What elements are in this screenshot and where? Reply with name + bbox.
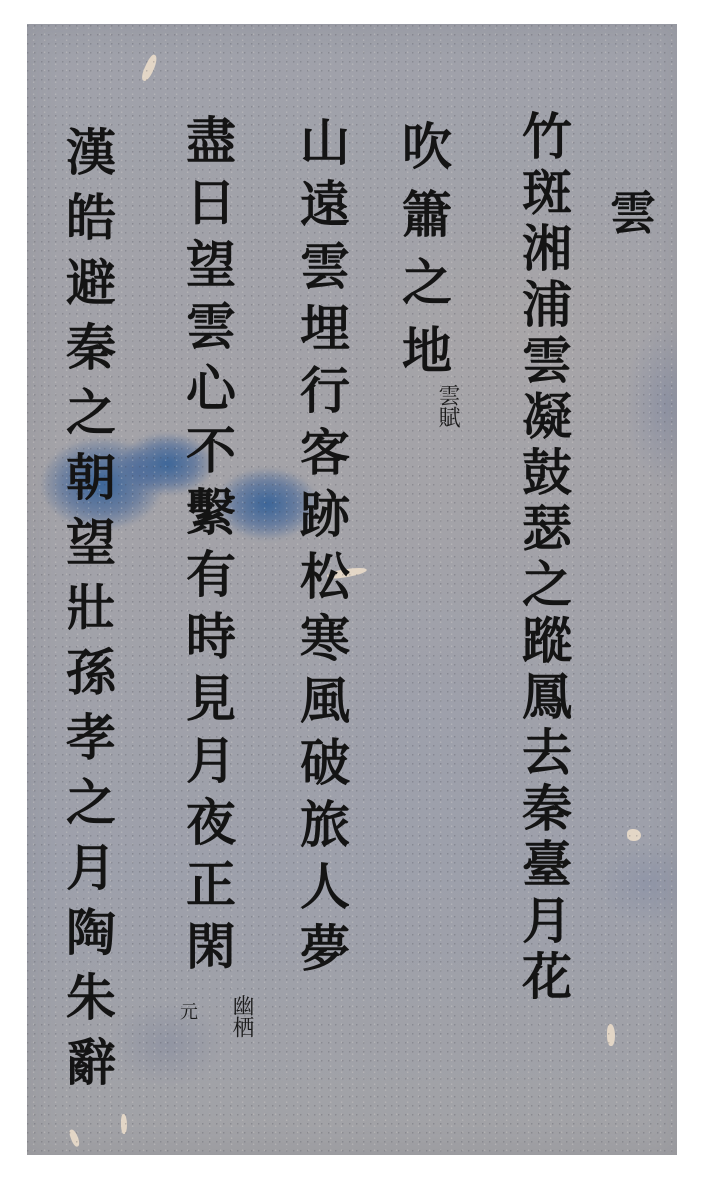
char: 之 bbox=[402, 258, 452, 326]
paper-flake bbox=[140, 53, 160, 82]
heading-text: 雲 bbox=[610, 190, 656, 236]
char: 雲 bbox=[186, 302, 236, 364]
char: 壯 bbox=[66, 583, 116, 648]
char: 有 bbox=[186, 550, 236, 612]
text-column-1: 竹 斑 湘 浦 雲 凝 鼓 瑟 之 蹤 鳳 去 秦 臺 月 花 bbox=[522, 112, 572, 1008]
char: 雲 bbox=[300, 242, 350, 304]
char: 望 bbox=[66, 518, 116, 583]
char: 破 bbox=[300, 738, 350, 800]
char: 花 bbox=[522, 952, 572, 1008]
char: 湘 bbox=[522, 224, 572, 280]
char: 朱 bbox=[66, 973, 116, 1038]
char: 日 bbox=[186, 178, 236, 240]
char: 盡 bbox=[186, 116, 236, 178]
char: 松 bbox=[300, 552, 350, 614]
char: 風 bbox=[300, 676, 350, 738]
char: 不 bbox=[186, 426, 236, 488]
annotation-note: 雲賦 bbox=[436, 384, 458, 428]
char: 凝 bbox=[522, 392, 572, 448]
char: 皓 bbox=[66, 193, 116, 258]
char: 之 bbox=[66, 778, 116, 843]
char: 正 bbox=[186, 860, 236, 922]
char: 行 bbox=[300, 366, 350, 428]
char: 跡 bbox=[300, 490, 350, 552]
char: 秦 bbox=[66, 323, 116, 388]
char: 時 bbox=[186, 612, 236, 674]
char: 夢 bbox=[300, 924, 350, 986]
char: 秦 bbox=[522, 784, 572, 840]
char: 蹤 bbox=[522, 616, 572, 672]
annotation-note-left: 元 bbox=[180, 1004, 198, 1022]
char: 朝 bbox=[66, 453, 116, 518]
char: 山 bbox=[300, 118, 350, 180]
char: 去 bbox=[522, 728, 572, 784]
char: 之 bbox=[66, 388, 116, 453]
text-column-5: 漢 皓 避 秦 之 朝 望 壯 孫 孝 之 月 陶 朱 辭 bbox=[66, 128, 116, 1103]
note-text: 雲賦 bbox=[436, 384, 458, 428]
note-text: 元 bbox=[180, 1004, 198, 1022]
char: 月 bbox=[186, 736, 236, 798]
char: 見 bbox=[186, 674, 236, 736]
char: 遠 bbox=[300, 180, 350, 242]
paper-flake bbox=[68, 1128, 81, 1147]
char: 避 bbox=[66, 258, 116, 323]
char: 孝 bbox=[66, 713, 116, 778]
manuscript-paper bbox=[27, 24, 677, 1155]
char: 簫 bbox=[402, 190, 452, 258]
text-column-4: 盡 日 望 雲 心 不 繫 有 時 見 月 夜 正 閑 bbox=[186, 116, 236, 984]
note-text: 幽栖 bbox=[230, 994, 252, 1038]
char: 斑 bbox=[522, 168, 572, 224]
char: 吹 bbox=[402, 122, 452, 190]
char: 鼓 bbox=[522, 448, 572, 504]
text-column-2: 吹 簫 之 地 bbox=[402, 122, 452, 394]
paper-flake bbox=[607, 1024, 615, 1046]
char: 漢 bbox=[66, 128, 116, 193]
char: 繫 bbox=[186, 488, 236, 550]
char: 望 bbox=[186, 240, 236, 302]
char: 月 bbox=[66, 843, 116, 908]
char: 臺 bbox=[522, 840, 572, 896]
heading-character: 雲 bbox=[610, 190, 656, 236]
char: 鳳 bbox=[522, 672, 572, 728]
paper-flake bbox=[121, 1114, 127, 1134]
char: 瑟 bbox=[522, 504, 572, 560]
char: 竹 bbox=[522, 112, 572, 168]
char: 之 bbox=[522, 560, 572, 616]
char: 孫 bbox=[66, 648, 116, 713]
char: 閑 bbox=[186, 922, 236, 984]
char: 辭 bbox=[66, 1038, 116, 1103]
char: 埋 bbox=[300, 304, 350, 366]
char: 客 bbox=[300, 428, 350, 490]
annotation-note-right: 幽栖 bbox=[230, 994, 252, 1038]
char: 心 bbox=[186, 364, 236, 426]
char: 旅 bbox=[300, 800, 350, 862]
char: 雲 bbox=[522, 336, 572, 392]
paper-flake bbox=[627, 829, 641, 841]
char: 浦 bbox=[522, 280, 572, 336]
text-column-3: 山 遠 雲 埋 行 客 跡 松 寒 風 破 旅 人 夢 bbox=[300, 118, 350, 986]
char: 寒 bbox=[300, 614, 350, 676]
char: 月 bbox=[522, 896, 572, 952]
char: 夜 bbox=[186, 798, 236, 860]
char: 人 bbox=[300, 862, 350, 924]
char: 陶 bbox=[66, 908, 116, 973]
